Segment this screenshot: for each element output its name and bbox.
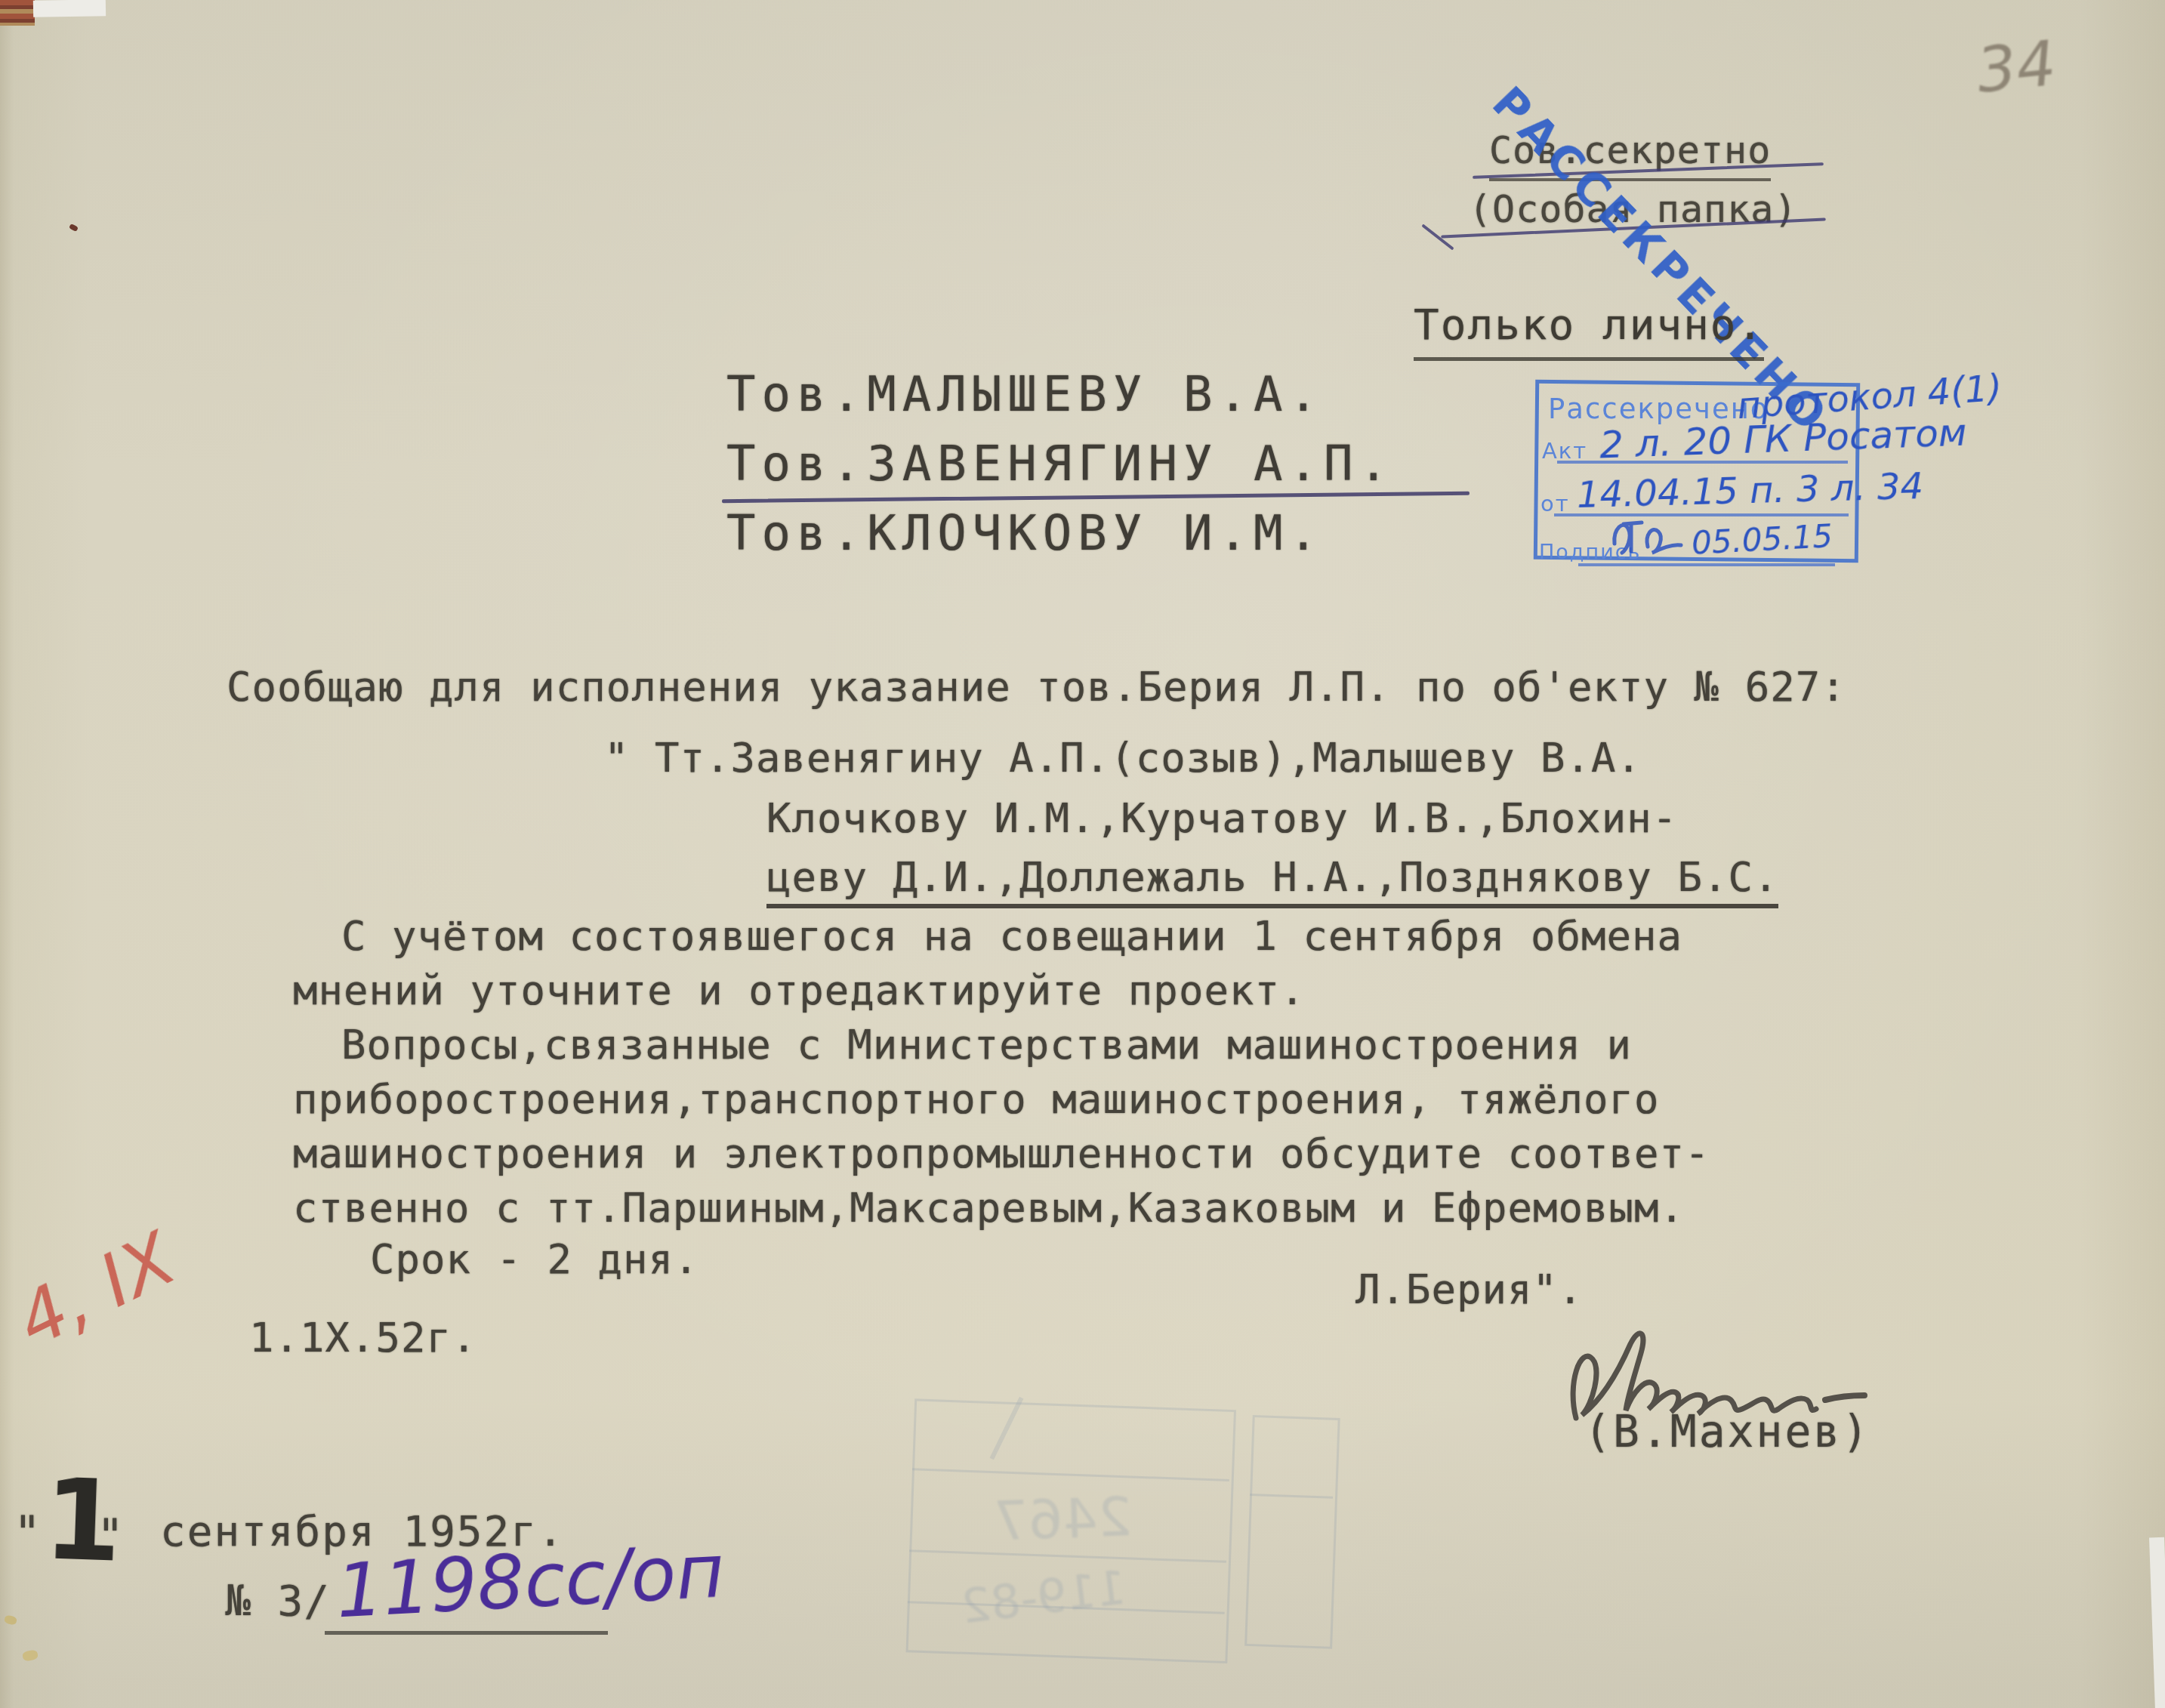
- body-line: " Тт.Завенягину А.П.(созыв),Малышеву В.А…: [604, 734, 1642, 782]
- addressee-malyshev: Тов.МАЛЫШЕВУ В.А.: [726, 367, 1324, 423]
- scan-edge-white-sliver-right: [2149, 1537, 2165, 1708]
- stamp-act-label: Акт: [1542, 438, 1587, 464]
- bleed-number: 2467: [992, 1484, 1133, 1552]
- stamp-rule: [1554, 513, 1849, 516]
- stamp-rule: [1557, 461, 1848, 464]
- body-line: мнений уточните и отредактируйте проект.: [293, 967, 1305, 1014]
- red-pencil-margin-date: 4, IX: [4, 1216, 187, 1364]
- paper-speck: [69, 224, 79, 232]
- body-line: С учётом состоявшегося на совещании 1 се…: [341, 912, 1682, 960]
- paper-chip: [4, 1614, 17, 1626]
- body-line: машиностроения и электропромышленности о…: [293, 1130, 1710, 1177]
- body-line-underlined: цеву Д.И.,Доллежаль Н.А.,Позднякову Б.С.: [766, 853, 1778, 908]
- bleed-through-stamp: 2467 119-82: [905, 1398, 1337, 1677]
- body-line: Клочкову И.М.,Курчатову И.В.,Блохин-: [766, 794, 1677, 842]
- scan-edge-white-sliver-top: [33, 0, 106, 17]
- signature-typed-name: (В.Махнев): [1584, 1406, 1870, 1457]
- scan-corner-board-patch: [0, 0, 35, 26]
- body-line: ственно с тт.Паршиным,Максаревым,Казаков…: [293, 1184, 1685, 1232]
- stamp-from-label: от: [1540, 491, 1570, 516]
- only-personal-heading: Только лично.: [1414, 301, 1764, 361]
- outgoing-number-label: № 3/: [225, 1577, 330, 1626]
- stamp-sign-value-handwritten: 05.05.15: [1691, 517, 1833, 562]
- body-line: Сообщаю для исполнения указание тов.Бери…: [227, 663, 1846, 711]
- addressee-zavenyagin: Тов.ЗАВЕНЯГИНУ А.П.: [726, 436, 1394, 492]
- date-quote-close: ": [97, 1510, 125, 1563]
- addressee-klochkov: Тов.КЛОЧКОВУ И.М.: [726, 506, 1324, 562]
- body-line-date: 1.1Х.52г.: [249, 1314, 477, 1361]
- body-line: приборостроения,транспортного машиностро…: [293, 1075, 1660, 1123]
- paper-chip: [22, 1649, 39, 1661]
- body-line-srok: Срок - 2 дня.: [370, 1235, 699, 1283]
- body-line-beria: Л.Берия".: [1355, 1266, 1584, 1313]
- date-quote-open: ": [14, 1507, 42, 1560]
- stamp-rule: [1578, 563, 1835, 566]
- stamp-signature-scribble: [1608, 513, 1692, 559]
- pen-underline-zavenyagin: [722, 492, 1470, 503]
- body-line: Вопросы,связанные с Министерствами машин…: [341, 1021, 1632, 1068]
- pencil-page-number: 34: [1973, 28, 2059, 107]
- scanned-document-page: { "page": { "pencil_page_number": "34", …: [0, 0, 2165, 1708]
- stamp-from-value-handwritten: 14.04.15 п. 3 л. 34: [1576, 465, 1923, 516]
